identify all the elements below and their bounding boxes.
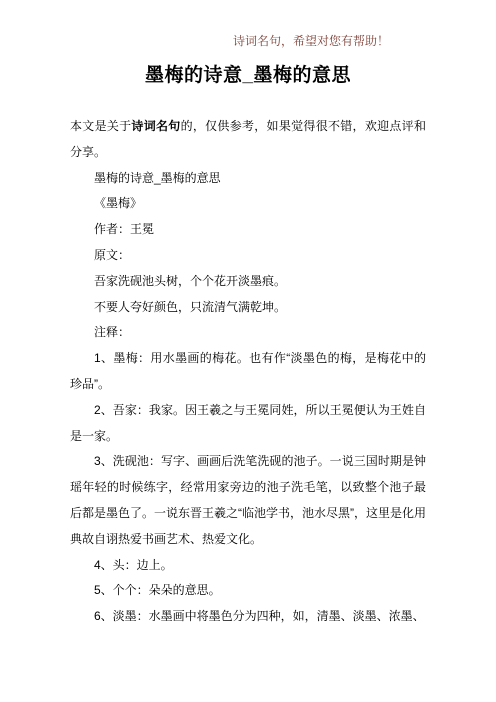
paragraph-subtitle: 墨梅的诗意_墨梅的意思 (70, 166, 426, 192)
paragraph-author: 作者：王冕 (70, 217, 426, 243)
paragraph-note-5: 5、个个：朵朵的意思。 (70, 578, 426, 604)
paragraph-notes-label: 注释： (70, 320, 426, 346)
paragraph-note-6: 6、淡墨：水墨画中将墨色分为四种，如，清墨、淡墨、浓墨、 (70, 604, 426, 630)
intro-paragraph: 本文是关于诗词名句的，仅供参考，如果觉得很不错，欢迎点评和分享。 (70, 114, 426, 166)
paragraph-poem-line-1: 吾家洗砚池头树，个个花开淡墨痕。 (70, 269, 426, 295)
page-header-slogan: 诗词名句，希望对您有帮助！ (233, 34, 389, 48)
intro-bold-term: 诗词名句 (131, 119, 180, 133)
intro-text-before: 本文是关于 (70, 119, 131, 133)
document-body: 本文是关于诗词名句的，仅供参考，如果觉得很不错，欢迎点评和分享。 墨梅的诗意_墨… (70, 114, 426, 630)
paragraph-note-4: 4、头：边上。 (70, 553, 426, 579)
document-title: 墨梅的诗意_墨梅的意思 (0, 63, 496, 89)
paragraph-original-label: 原文： (70, 243, 426, 269)
paragraph-poem-title: 《墨梅》 (70, 191, 426, 217)
paragraph-poem-line-2: 不要人夸好颜色，只流清气满乾坤。 (70, 295, 426, 321)
paragraph-note-2: 2、吾家：我家。因王羲之与王冕同姓，所以王冕便认为王姓自是一家。 (70, 398, 426, 450)
paragraph-note-1: 1、墨梅：用水墨画的梅花。也有作“淡墨色的梅，是梅花中的珍品”。 (70, 346, 426, 398)
document-page: 诗词名句，希望对您有帮助！ 墨梅的诗意_墨梅的意思 本文是关于诗词名句的，仅供参… (0, 0, 496, 702)
paragraph-note-3: 3、洗砚池：写字、画画后洗笔洗砚的池子。一说三国时期是钟瑶年轻的时候练字，经常用… (70, 449, 426, 552)
